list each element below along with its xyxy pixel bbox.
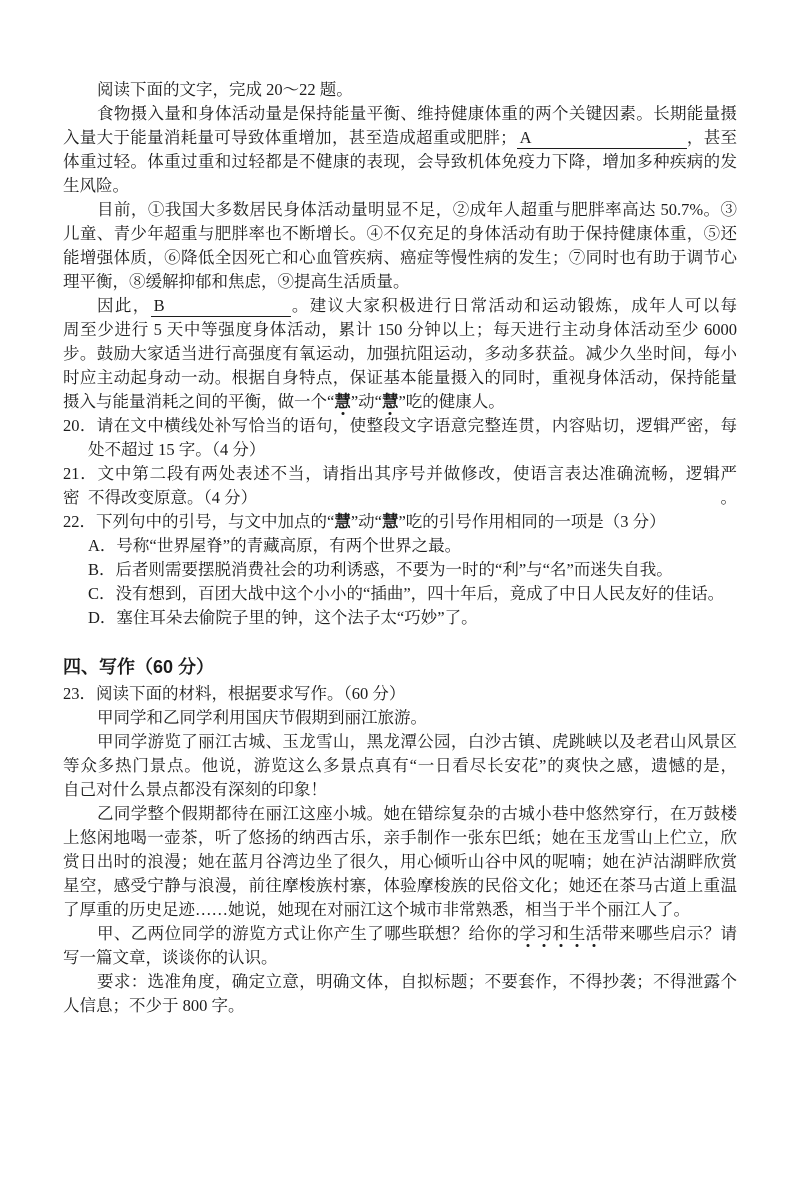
text-run: 等众多热门景点。他说，游览这么多景点真有“一日看尽长安花”的爽快之感，遗憾的是， — [63, 756, 737, 775]
text-line-10: 因此，B。建议大家积极进行日常活动和运动锻炼，成年人可以每 — [63, 294, 737, 318]
text-run: 摄入与能量消耗之间的平衡，做一个“ — [63, 392, 334, 411]
text-run: 四、写作（60 分） — [63, 657, 214, 677]
text-run: 处不超过 15 字。（4 分） — [88, 440, 265, 459]
text-run: C．没有想到，百团大战中这个小小的“插曲”，四十年后，竟成了中日人民友好的佳话。 — [88, 584, 724, 603]
text-run: 时应主动起身动一动。根据自身特点，保证基本能量摄入的同时，重视身体活动，保持能量 — [63, 368, 737, 387]
text-run: 甲、乙两位同学的游览方式让你产生了哪些联想？给你的 — [97, 924, 519, 943]
text-run: 不得改变原意。（4 分） — [88, 488, 257, 507]
text-run: D．塞住耳朵去偷院子里的钟，这个法子太“巧妙”了。 — [88, 608, 478, 627]
document-body: 阅读下面的文字，完成 20～22 题。食物摄入量和身体活动量是保持能量平衡、维持… — [63, 78, 737, 1018]
text-run: ”动“ — [351, 512, 382, 531]
text-run: 了厚重的历史足迹……她说，她现在对丽江这个城市非常熟悉，相当于半个丽江人了。 — [63, 900, 690, 919]
text-run: 体重过轻。体重过重和过轻都是不健康的表现，会导致机体免疫力下降，增加多种疾病的发 — [63, 152, 737, 171]
text-run: 星空，感受宁静与浪漫，前往摩梭族村寨，体验摩梭族的民俗文化；她还在茶马古道上重温 — [63, 876, 737, 895]
text-line-34: 了厚重的历史足迹……她说，她现在对丽江这个城市非常熟悉，相当于半个丽江人了。 — [63, 898, 737, 922]
text-run: 20．请在文中横线处补写恰当的语句，使整段文字语意完整连贯，内容贴切，逻辑严密，… — [63, 416, 737, 435]
text-line-33: 星空，感受宁静与浪漫，前往摩梭族村寨，体验摩梭族的民俗文化；她还在茶马古道上重温 — [63, 874, 737, 898]
text-run: 甲同学和乙同学利用国庆节假期到丽江旅游。 — [97, 708, 427, 727]
text-line-38: 人信息；不少于 800 字。 — [63, 994, 737, 1018]
text-line-20: A．号称“世界屋脊”的青藏高原，有两个世界之最。 — [63, 534, 737, 558]
text-run: 生风险。 — [63, 176, 129, 195]
text-line-11: 周至少进行 5 天中等强度身体活动，累计 150 分钟以上；每天进行主动身体活动… — [63, 318, 737, 342]
text-line-37: 要求：选准角度，确定立意，明确文体，自拟标题；不要套作，不得抄袭；不得泄露个 — [63, 970, 737, 994]
text-run: 人信息；不少于 800 字。 — [63, 996, 245, 1015]
text-line-29: 自己对什么景点都没有深刻的印象！ — [63, 778, 737, 802]
text-run: ”吃的引号作用相同的一项是（3 分） — [398, 512, 665, 531]
text-run: 入量大于能量消耗量可导致体重增加，甚至造成超重或肥胖； — [63, 128, 517, 147]
text-line-32: 赏日出时的浪漫；她在蓝月谷湾边坐了很久，用心倾听山谷中风的呢喃；她在泸沽湖畔欣赏 — [63, 850, 737, 874]
text-line-5: 生风险。 — [63, 174, 737, 198]
text-run: 儿童、青少年超重与肥胖率也不断增长。④不仅充足的身体活动有助于保持健康体重，⑤还 — [63, 224, 737, 243]
emphasized-char: 慧 — [334, 390, 351, 414]
text-run: 食物摄入量和身体活动量是保持能量平衡、维持健康体重的两个关键因素。长期能量摄 — [97, 104, 737, 123]
text-line-16: 处不超过 15 字。（4 分） — [63, 438, 737, 462]
text-run: 乙同学整个假期都待在丽江这座小城。她在错综复杂的古城小巷中悠然穿行，在万鼓楼 — [97, 804, 737, 823]
text-line-2: 食物摄入量和身体活动量是保持能量平衡、维持健康体重的两个关键因素。长期能量摄 — [63, 102, 737, 126]
emphasized-char: 习 — [536, 922, 553, 946]
text-line-19: 22．下列句中的引号，与文中加点的“慧”动“慧”吃的引号作用相同的一项是（3 分… — [63, 510, 737, 534]
text-line-6: 目前，①我国大多数居民身体活动量明显不足，②成年人超重与肥胖率高达 50.7%。… — [63, 198, 737, 222]
text-line-12: 步。鼓励大家适当进行高强度有氧运动，加强抗阻运动，多动多获益。减少久坐时间，每小 — [63, 342, 737, 366]
text-run: 自己对什么景点都没有深刻的印象！ — [63, 780, 327, 799]
text-run: 甲同学游览了丽江古城、玉龙雪山，黑龙潭公园，白沙古镇、虎跳峡以及老君山风景区 — [97, 732, 737, 751]
text-line-31: 上悠闲地喝一壶茶，听了悠扬的纳西古乐，亲手制作一张东巴纸；她在玉龙雪山上伫立，欣 — [63, 826, 737, 850]
text-line-25: 23．阅读下面的材料，根据要求写作。（60 分） — [63, 682, 737, 706]
text-run: 上悠闲地喝一壶茶，听了悠扬的纳西古乐，亲手制作一张东巴纸；她在玉龙雪山上伫立，欣 — [63, 828, 737, 847]
text-line-30: 乙同学整个假期都待在丽江这座小城。她在错综复杂的古城小巷中悠然穿行，在万鼓楼 — [63, 802, 737, 826]
answer-blank-A: A — [517, 126, 687, 149]
text-run: 要求：选准角度，确定立意，明确文体，自拟标题；不要套作，不得抄袭；不得泄露个 — [97, 972, 737, 991]
text-run: 因此， — [97, 296, 151, 315]
text-run: 能增强体质，⑥降低全因死亡和心血管疾病、癌症等慢性病的发生；⑦同时也有助于调节心 — [63, 248, 737, 267]
text-run: 22．下列句中的引号，与文中加点的“ — [63, 512, 334, 531]
document-page: 阅读下面的文字，完成 20～22 题。食物摄入量和身体活动量是保持能量平衡、维持… — [0, 0, 800, 1191]
text-line-3: 入量大于能量消耗量可导致体重增加，甚至造成超重或肥胖；A，甚至 — [63, 126, 737, 150]
text-line-27: 甲同学游览了丽江古城、玉龙雪山，黑龙潭公园，白沙古镇、虎跳峡以及老君山风景区 — [63, 730, 737, 754]
section-heading: 四、写作（60 分） — [63, 655, 737, 679]
bold-text: 慧 — [382, 512, 399, 531]
text-run: A．号称“世界屋脊”的青藏高原，有两个世界之最。 — [88, 536, 461, 555]
text-run: 理平衡，⑧缓解抑郁和焦虑，⑨提高生活质量。 — [63, 272, 410, 291]
emphasized-char: 和 — [552, 922, 569, 946]
text-run: 阅读下面的文字，完成 20～22 题。 — [97, 80, 353, 99]
text-run: 。建议大家积极进行日常活动和运动锻炼，成年人可以每 — [291, 296, 737, 315]
text-run: 周至少进行 5 天中等强度身体活动，累计 150 分钟以上；每天进行主动身体活动… — [63, 320, 737, 339]
text-line-28: 等众多热门景点。他说，游览这么多景点真有“一日看尽长安花”的爽快之感，遗憾的是， — [63, 754, 737, 778]
text-line-22: C．没有想到，百团大战中这个小小的“插曲”，四十年后，竟成了中日人民友好的佳话。 — [63, 582, 737, 606]
text-run: 带来哪些启示？请 — [602, 924, 737, 943]
text-run: B．后者则需要摆脱消费社会的功利诱惑，不要为一时的“利”与“名”而迷失自我。 — [88, 560, 673, 579]
text-line-9: 理平衡，⑧缓解抑郁和焦虑，⑨提高生活质量。 — [63, 270, 737, 294]
text-run: 赏日出时的浪漫；她在蓝月谷湾边坐了很久，用心倾听山谷中风的呢喃；她在泸沽湖畔欣赏 — [63, 852, 737, 871]
text-run: ，甚至 — [687, 128, 737, 147]
text-run: 23．阅读下面的材料，根据要求写作。（60 分） — [63, 684, 405, 703]
text-line-14: 摄入与能量消耗之间的平衡，做一个“慧”动“慧”吃的健康人。 — [63, 390, 737, 414]
text-line-23: D．塞住耳朵去偷院子里的钟，这个法子太“巧妙”了。 — [63, 606, 737, 630]
bold-text: 慧 — [334, 512, 351, 531]
text-line-18: 不得改变原意。（4 分） — [63, 486, 737, 510]
emphasized-char: 活 — [585, 922, 602, 946]
text-line-26: 甲同学和乙同学利用国庆节假期到丽江旅游。 — [63, 706, 737, 730]
text-line-7: 儿童、青少年超重与肥胖率也不断增长。④不仅充足的身体活动有助于保持健康体重，⑤还 — [63, 222, 737, 246]
emphasized-char: 生 — [569, 922, 586, 946]
text-run: 目前，①我国大多数居民身体活动量明显不足，②成年人超重与肥胖率高达 50.7%。… — [97, 200, 737, 219]
text-line-21: B．后者则需要摆脱消费社会的功利诱惑，不要为一时的“利”与“名”而迷失自我。 — [63, 558, 737, 582]
text-run: 写一篇文章，谈谈你的认识。 — [63, 948, 278, 967]
text-line-35: 甲、乙两位同学的游览方式让你产生了哪些联想？给你的学习和生活带来哪些启示？请 — [63, 922, 737, 946]
text-line-4: 体重过轻。体重过重和过轻都是不健康的表现，会导致机体免疫力下降，增加多种疾病的发 — [63, 150, 737, 174]
text-line-36: 写一篇文章，谈谈你的认识。 — [63, 946, 737, 970]
text-line-1: 阅读下面的文字，完成 20～22 题。 — [63, 78, 737, 102]
text-line-13: 时应主动起身动一动。根据自身特点，保证基本能量摄入的同时，重视身体活动，保持能量 — [63, 366, 737, 390]
text-run: ”动“ — [351, 392, 382, 411]
emphasized-char: 慧 — [382, 390, 399, 414]
answer-blank-B: B — [151, 294, 291, 317]
text-line-17: 21．文中第二段有两处表述不当，请指出其序号并做修改，使语言表达准确流畅，逻辑严… — [63, 462, 737, 486]
text-run: 步。鼓励大家适当进行高强度有氧运动，加强抗阻运动，多动多获益。减少久坐时间，每小 — [63, 344, 737, 363]
text-line-8: 能增强体质，⑥降低全因死亡和心血管疾病、癌症等慢性病的发生；⑦同时也有助于调节心 — [63, 246, 737, 270]
text-line-15: 20．请在文中横线处补写恰当的语句，使整段文字语意完整连贯，内容贴切，逻辑严密，… — [63, 414, 737, 438]
emphasized-char: 学 — [519, 922, 536, 946]
text-run: ”吃的健康人。 — [398, 392, 504, 411]
